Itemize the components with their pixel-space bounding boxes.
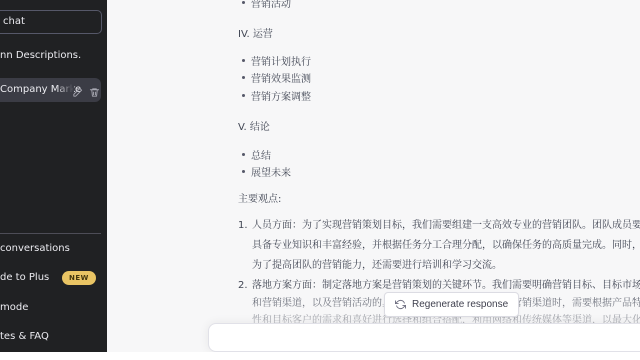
regenerate-label: Regenerate response (412, 299, 508, 310)
sidebar: chat nn Descriptions. Company Marke conv… (0, 0, 107, 352)
chat-area: 营销活动 IV. 运营 营销计划执行 营销效果监测 营销方案调整 V. 结论 总… (107, 0, 640, 352)
sidebar-item-upgrade-to-plus[interactable]: de to Plus NEW (0, 267, 107, 289)
sidebar-item-chat-history-2-selected[interactable]: Company Marke (0, 78, 101, 102)
sidebar-item-clear-conversations[interactable]: conversations (0, 238, 107, 260)
message-line: V. 结论 (238, 118, 270, 137)
sidebar-divider (0, 233, 101, 234)
message-line: 具备专业知识和丰富经验，并根据任务分工合理分配，以确保任务的高质量完成。同时， (252, 236, 640, 255)
refresh-icon (395, 299, 406, 310)
message-input[interactable] (208, 323, 640, 352)
message-line: 展望未来 (251, 164, 291, 183)
message-line: 营销效果监测 (251, 70, 311, 89)
sidebar-item-mode[interactable]: mode (0, 297, 107, 319)
message-line: 营销方案调整 (251, 88, 311, 107)
new-badge: NEW (62, 271, 96, 285)
trash-icon[interactable] (89, 84, 100, 95)
footer-item-label: de to Plus (0, 267, 49, 289)
message-line: 营销活动 (251, 0, 291, 14)
message-line: 为了提高团队的营销能力，还需要进行培训和学习交流。 (252, 256, 502, 275)
message-line: IV. 运营 (238, 25, 273, 44)
chat-title: nn Descriptions. (0, 44, 81, 68)
sidebar-item-updates-faq[interactable]: tes & FAQ (0, 326, 107, 348)
footer-item-label: conversations (0, 238, 70, 260)
list-number: 1. (238, 216, 252, 235)
footer-item-label: mode (0, 297, 28, 319)
list-text: 人员方面：为了实现营销策划目标，我们需要组建一支高效专业的营销团队。团队成员要 (252, 220, 640, 231)
chatgpt-app: chat nn Descriptions. Company Marke conv… (0, 0, 640, 360)
bottom-strip (0, 352, 640, 360)
message-line: 1.人员方面：为了实现营销策划目标，我们需要组建一支高效专业的营销团队。团队成员… (238, 216, 640, 235)
pencil-icon[interactable] (72, 84, 83, 95)
sidebar-item-chat-history-1[interactable]: nn Descriptions. (0, 44, 101, 68)
regenerate-response-button[interactable]: Regenerate response (384, 292, 519, 317)
new-chat-button[interactable]: chat (0, 10, 102, 34)
message-line: 主要观点: (238, 190, 281, 209)
new-chat-label: chat (3, 11, 25, 33)
footer-item-label: tes & FAQ (0, 326, 49, 348)
